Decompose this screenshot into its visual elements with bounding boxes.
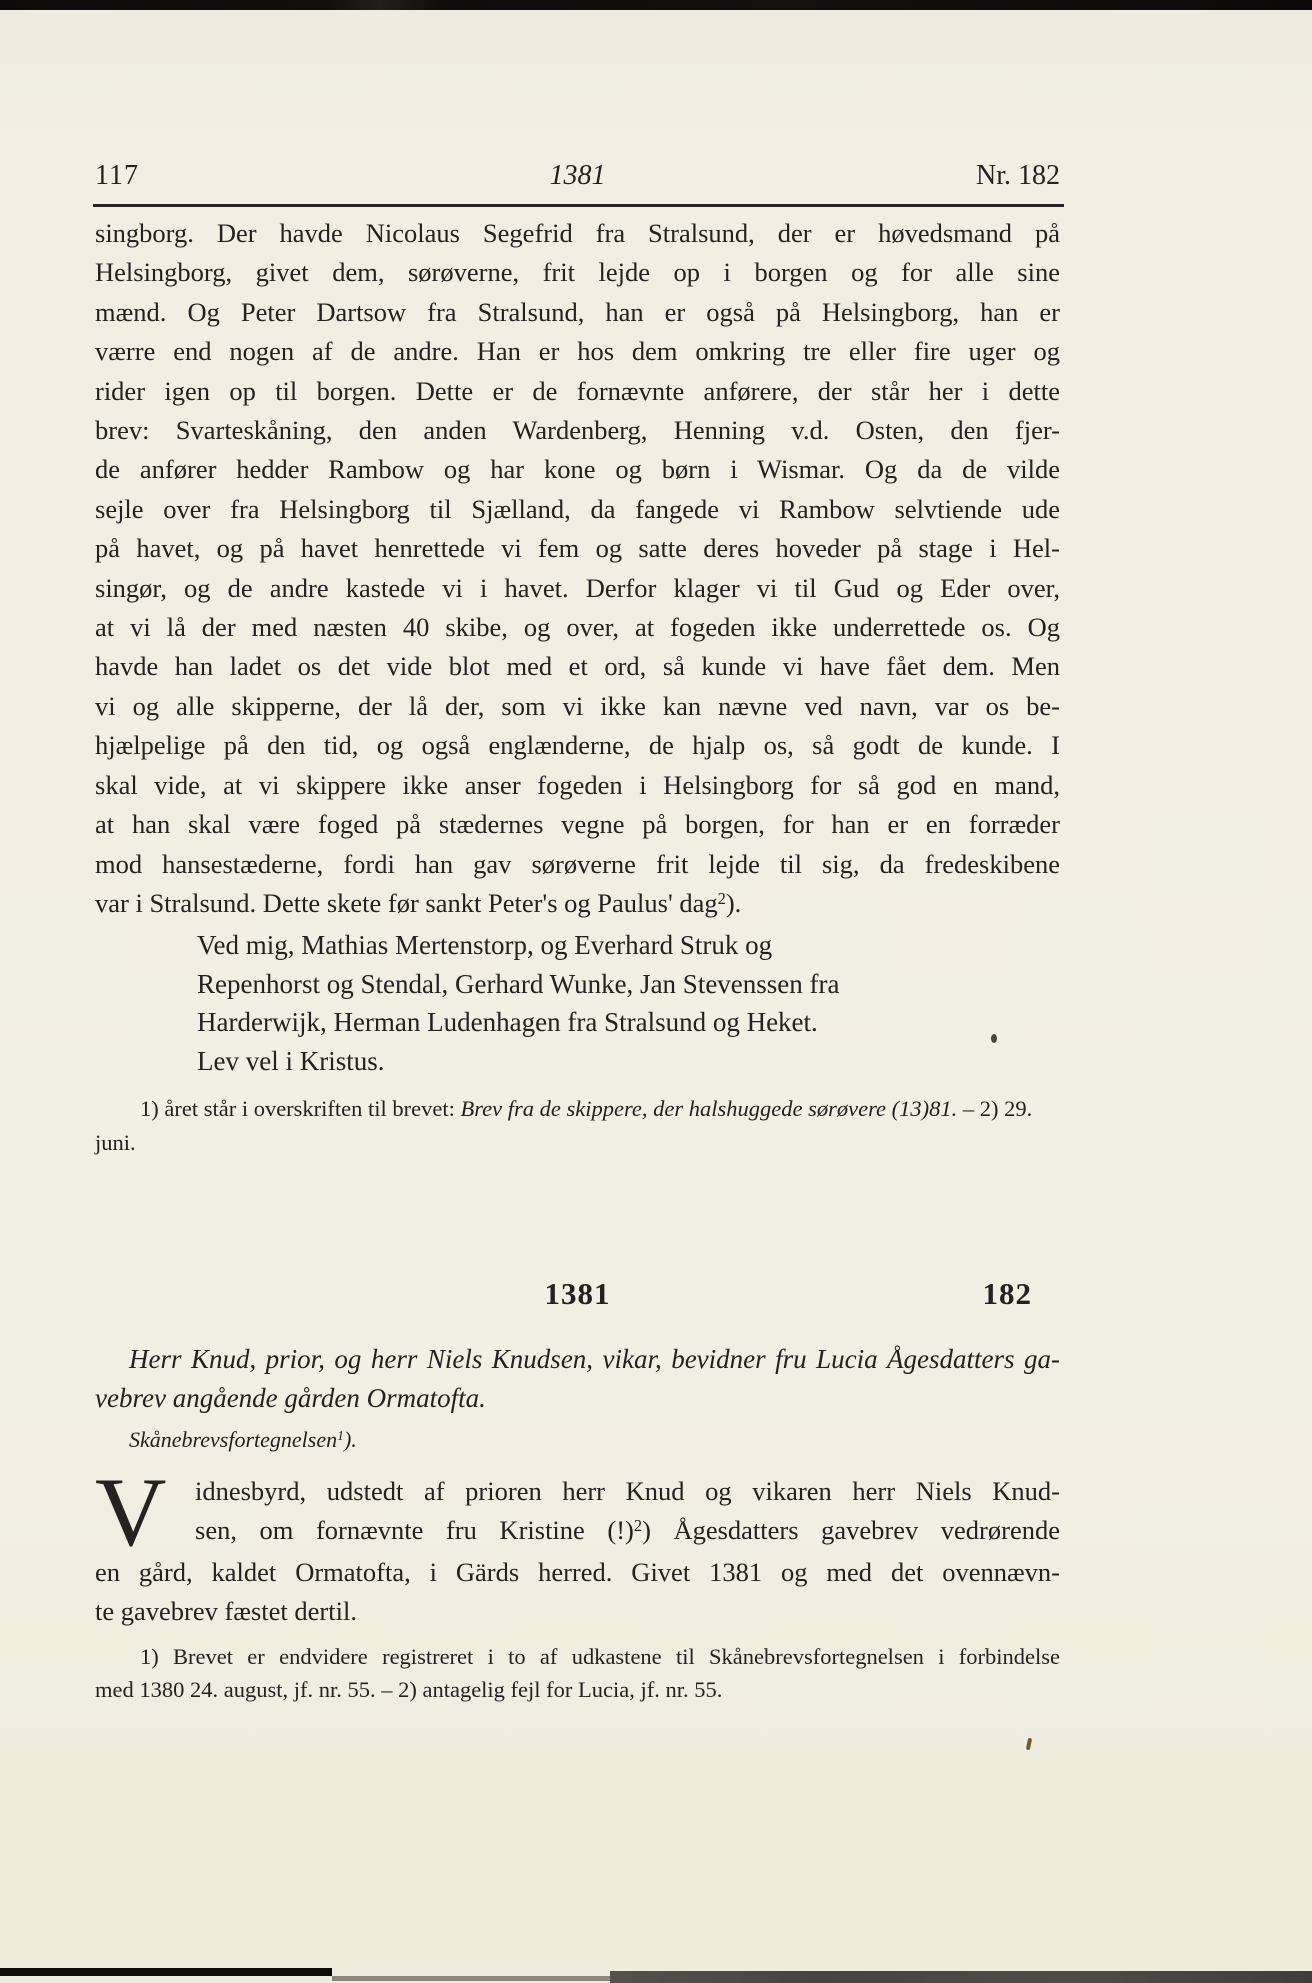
record-line: idnesbyrd, udstedt af prioren herr Knud … — [95, 1472, 1060, 1511]
letter-line: de anfører hedder Rambow og har kone og … — [95, 450, 1060, 489]
letter-line: vi og alle skipperne, der lå der, som vi… — [95, 687, 1060, 726]
closing-line: Repenhorst og Stendal, Gerhard Wunke, Ja… — [197, 965, 967, 1004]
letter-line: mod hansestæderne, fordi han gav sørøver… — [95, 845, 1060, 884]
letter-line: på havet, og på havet henrettede vi fem … — [95, 529, 1060, 568]
footnote-marker: 2 — [634, 1516, 642, 1535]
letter-closing: Ved mig, Mathias Mertenstorp, og Everhar… — [197, 926, 967, 1080]
letter-line: singborg. Der havde Nicolaus Segefrid fr… — [95, 214, 1060, 253]
footnote-cited-title: Brev fra de skippere, der halshuggede sø… — [461, 1096, 958, 1121]
letter-line: singør, og de andre kastede vi i havet. … — [95, 569, 1060, 608]
closing-line: Ved mig, Mathias Mertenstorp, og Everhar… — [197, 926, 967, 965]
record-line: sen, om fornævnte fru Kristine (!)2) Åge… — [95, 1511, 1060, 1554]
record-year: 1381 — [95, 1276, 1060, 1312]
letter-line: at vi lå der med næsten 40 skibe, og ove… — [95, 608, 1060, 647]
footnote-text: 1) året står i overskriften til brevet: — [140, 1096, 461, 1121]
header-rule — [93, 204, 1064, 207]
record-source: Skånebrevsfortegnelsen1). — [129, 1427, 929, 1456]
closing-line: Lev vel i Kristus. — [197, 1042, 967, 1081]
source-name: Skånebrevsfortegnelsen — [129, 1427, 337, 1452]
letter-body: singborg. Der havde Nicolaus Segefrid fr… — [95, 214, 1060, 926]
closing-line: Harderwijk, Herman Ludenhagen fra Strals… — [197, 1003, 967, 1042]
letter-footnote: 1) året står i overskriften til brevet: … — [95, 1092, 1060, 1159]
letter-line: mænd. Og Peter Dartsow fra Stralsund, ha… — [95, 293, 1060, 332]
footnote-line: 1) Brevet er endvidere registreret i to … — [95, 1641, 1060, 1674]
summary-line: Herr Knud, prior, og herr Niels Knudsen,… — [95, 1340, 1060, 1379]
scan-edge-bottom-right — [610, 1971, 1312, 1983]
letter-line: skal vide, at vi skippere ikke anser fog… — [95, 766, 1060, 805]
letter-last-line-text: var i Stralsund. Dette skete før sankt P… — [95, 888, 718, 918]
letter-last-line-end: ). — [726, 888, 741, 918]
footnote-text: – 2) 29. — [957, 1096, 1032, 1121]
scanned-book-page: 117 1381 Nr. 182 singborg. Der havde Nic… — [0, 0, 1312, 1983]
record-number: 182 — [983, 1276, 1033, 1312]
letter-line: rider igen op til borgen. Dette er de fo… — [95, 372, 1060, 411]
record-summary: Herr Knud, prior, og herr Niels Knudsen,… — [95, 1340, 1060, 1417]
record-line-text: ) Ågesdatters gavebrev vedrørende — [642, 1515, 1060, 1545]
record-line-text: sen, om fornævnte fru Kristine (!) — [195, 1515, 634, 1545]
record-text: V idnesbyrd, udstedt af prioren herr Knu… — [95, 1472, 1060, 1630]
running-head-number: Nr. 182 — [738, 160, 1060, 192]
letter-line: Helsingborg, givet dem, sørøverne, frit … — [95, 253, 1060, 292]
letter-last-line: var i Stralsund. Dette skete før sankt P… — [95, 884, 1060, 926]
source-end: ). — [344, 1427, 357, 1452]
scan-speck — [1026, 1738, 1032, 1751]
letter-line: hjælpelige på den tid, og også englænder… — [95, 726, 1060, 765]
summary-line: vebrev angående gården Ormatofta. — [95, 1379, 1060, 1418]
scan-edge-bottom-left — [0, 1968, 332, 1976]
footnote-marker: 2 — [718, 889, 726, 908]
scan-edge-top — [0, 0, 1312, 10]
scan-speck — [991, 1034, 997, 1043]
running-head-year: 1381 — [417, 160, 739, 192]
page-number: 117 — [95, 160, 417, 192]
scan-edge-bottom-shade — [332, 1976, 610, 1981]
letter-line: brev: Svarteskåning, den anden Wardenber… — [95, 411, 1060, 450]
record-line: en gård, kaldet Ormatofta, i Gärds herre… — [95, 1553, 1060, 1592]
record-footnotes: 1) Brevet er endvidere registreret i to … — [95, 1641, 1060, 1706]
drop-cap: V — [95, 1472, 195, 1549]
running-head: 117 1381 Nr. 182 — [95, 160, 1060, 192]
letter-line: at han skal være foged på stædernes vegn… — [95, 805, 1060, 844]
footnote-line: juni. — [95, 1126, 1060, 1160]
footnote-marker: 1 — [337, 1428, 344, 1443]
letter-line: værre end nogen af de andre. Han er hos … — [95, 332, 1060, 371]
letter-line: sejle over fra Helsingborg til Sjælland,… — [95, 490, 1060, 529]
letter-line: havde han ladet os det vide blot med et … — [95, 647, 1060, 686]
record-heading: 1381 182 — [95, 1276, 1060, 1316]
footnote-line: 1) året står i overskriften til brevet: … — [95, 1092, 1060, 1126]
footnote-line: med 1380 24. august, jf. nr. 55. – 2) an… — [95, 1674, 1060, 1707]
record-line: te gavebrev fæstet dertil. — [95, 1592, 1060, 1631]
